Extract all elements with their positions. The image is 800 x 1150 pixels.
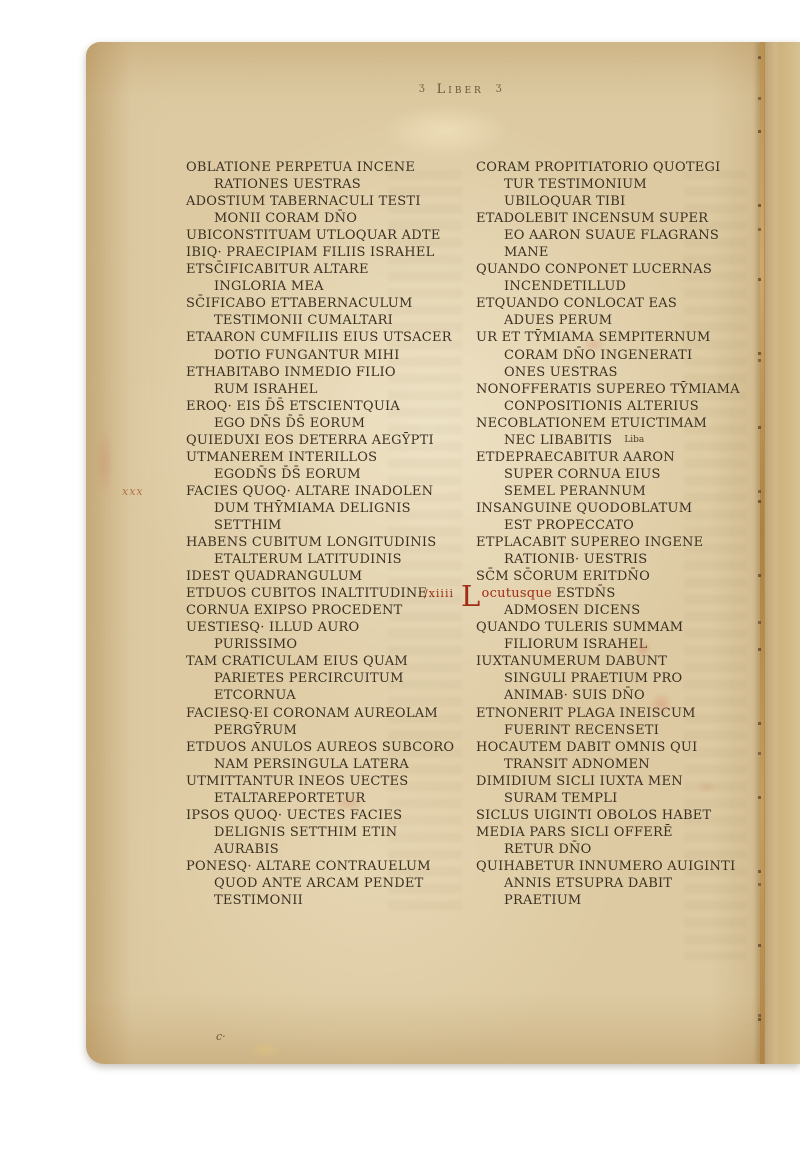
text-line: SUPER CORNUA EIUS (476, 466, 778, 483)
text-line: ONES UESTRAS (476, 364, 778, 381)
text-line: UTMITTANTUR INEOS UECTES (186, 773, 468, 790)
stain (581, 337, 607, 353)
text-line: ADMOSEN DICENS (476, 602, 778, 619)
text-line: MEDIA PARS SICLI OFFERĒ (476, 824, 778, 841)
text-line: EGO DN̄S D̄S̄ EORUM (186, 415, 468, 432)
text-line: ETDUOS ANULOS AUREOS SUBCORO (186, 739, 468, 756)
gloss-liba: Liba (624, 435, 644, 445)
text-line: HOCAUTEM DABIT OMNIS QUI (476, 739, 778, 756)
text-line: PARIETES PERCIRCUITUM (186, 670, 468, 687)
stain (696, 780, 718, 794)
text-line: DIMIDIUM SICLI IUXTA MEN (476, 773, 778, 790)
header-flourish-right-icon: ʒ (496, 82, 502, 93)
rubric-continuation: ESTDN̄S (552, 586, 616, 601)
rubric-red-text: ocutusque (482, 586, 552, 601)
text-line: PURISSIMO (186, 636, 468, 653)
text-line: ETNONERIT PLAGA INEISCUM (476, 705, 778, 722)
text-line: UR ET TȲMIAMA SEMPITERNUM (476, 329, 778, 346)
edge-ink-specks (758, 56, 761, 1054)
text-line: CONPOSITIONIS ALTERIUS (476, 398, 778, 415)
text-line: OBLATIONE PERPETUA INCENE (186, 159, 468, 176)
text-line: NEC LIBABITISLiba (476, 432, 778, 449)
text-line: FILIORUM ISRAHEL (476, 636, 778, 653)
text-line: ADUES PERUM (476, 312, 778, 329)
text-line: SEMEL PERANNUM (476, 483, 778, 500)
text-line: MONII CORAM DN̄O (186, 210, 468, 227)
column-right: CORAM PROPITIATORIO QUOTEGITUR TESTIMONI… (476, 159, 778, 909)
text-line: SC̄IFICABO ETTABERNACULUM (186, 295, 468, 312)
text-line: ETPLACABIT SUPEREO INGENE (476, 534, 778, 551)
text-line: AURABIS (186, 841, 468, 858)
stain (248, 1042, 282, 1058)
text-line: ADOSTIUM TABERNACULI TESTI (186, 193, 468, 210)
text-line: QUANDO TULERIS SUMMAM (476, 619, 778, 636)
text-line: NAM PERSINGULA LATERA (186, 756, 468, 773)
running-title: ʒ Liber ʒ (419, 82, 569, 97)
text-line: EGODN̄S D̄S̄ EORUM (186, 466, 468, 483)
text-line: IPSOS QUOQ· UECTES FACIES (186, 807, 468, 824)
text-line: HABENS CUBITUM LONGITUDINIS (186, 534, 468, 551)
column-left: OBLATIONE PERPETUA INCENERATIONES UESTRA… (186, 159, 468, 909)
text-line: QUIEDUXI EOS DETERRA AEGȲPTI (186, 432, 468, 449)
text-line: CORNUA EXIPSO PROCEDENT (186, 602, 468, 619)
text-line: QUANDO CONPONET LUCERNAS (476, 261, 778, 278)
text-line: CORAM DN̄O INGENERATI (476, 347, 778, 364)
text-line: SURAM TEMPLI (476, 790, 778, 807)
text-line: DUM THȲMIAMA DELIGNIS (186, 500, 468, 517)
text-line: ETCORNUA (186, 687, 468, 704)
rubric-line: Locutusque ESTDN̄S (476, 585, 778, 602)
text-line: INGLORIA MEA (186, 278, 468, 295)
text-line: EROQ· EIS D̄S̄ ETSCIENTQUIA (186, 398, 468, 415)
text-line: ANIMAB· SUIS DN̄O (476, 687, 778, 704)
text-line: ETAARON CUMFILIIS EIUS UTSACER (186, 329, 468, 346)
text-line: RATIONIB· UESTRIS (476, 551, 778, 568)
text-line: UESTIESQ· ILLUD AURO (186, 619, 468, 636)
text-line: SICLUS UIGINTI OBOLOS HABET (476, 807, 778, 824)
text-line: TESTIMONII (186, 892, 468, 909)
text-line: INSANGUINE QUODOBLATUM (476, 500, 778, 517)
text-line: FUERINT RECENSETI (476, 722, 778, 739)
text-line: FACIES QUOQ· ALTARE INADOLEN (186, 483, 468, 500)
text-line: SINGULI PRAETIUM PRO (476, 670, 778, 687)
quire-mark: c· (216, 1030, 226, 1043)
manuscript-page: ʒ Liber ʒ OBLATIONE PERPETUA INCENERATIO… (86, 42, 800, 1064)
text-line: ETALTERUM LATITUDINIS (186, 551, 468, 568)
text-line: ANNIS ETSUPRA DABIT (476, 875, 778, 892)
text-line: INCENDETILLUD (476, 278, 778, 295)
text-line: SC̄M SC̄ORUM ERITDN̄O (476, 568, 778, 585)
text-line: TRANSIT ADNOMEN (476, 756, 778, 773)
text-line: IBIQ· PRAECIPIAM FILIIS ISRAHEL (186, 244, 468, 261)
text-line: ETHABITABO INMEDIO FILIO (186, 364, 468, 381)
text-line: TUR TESTIMONIUM (476, 176, 778, 193)
text-line: NONOFFERATIS SUPEREO TȲMIAMA (476, 381, 778, 398)
text-line: RUM ISRAHEL (186, 381, 468, 398)
text-line: QUOD ANTE ARCAM PENDET (186, 875, 468, 892)
text-line: EO AARON SUAUE FLAGRANS (476, 227, 778, 244)
text-line: ETQUANDO CONLOCAT EAS (476, 295, 778, 312)
text-line: ETADOLEBIT INCENSUM SUPER (476, 210, 778, 227)
header-flourish-left-icon: ʒ (419, 82, 425, 93)
chapter-number-xiiii: /xiiii (424, 587, 454, 600)
text-line: RATIONES UESTRAS (186, 176, 468, 193)
text-line: DOTIO FUNGANTUR MIHI (186, 347, 468, 364)
stain (649, 692, 673, 716)
text-line: UBICONSTITUAM UTLOQUAR ADTE (186, 227, 468, 244)
page-title: Liber (437, 82, 484, 97)
chapter-number-xxx: xxx (122, 485, 144, 498)
text-line: UBILOQUAR TIBI (476, 193, 778, 210)
text-line: UTMANEREM INTERILLOS (186, 449, 468, 466)
text-line: FACIESQ·EI CORONAM AUREOLAM (186, 705, 468, 722)
stain (94, 427, 114, 497)
text-line: ETDEPRAECABITUR AARON (476, 449, 778, 466)
text-line: EST PROPECCATO (476, 517, 778, 534)
text-line: TAM CRATICULAM EIUS QUAM (186, 653, 468, 670)
text-line: RETUR DN̄O (476, 841, 778, 858)
text-line: IDEST QUADRANGULUM (186, 568, 468, 585)
text-line: CORAM PROPITIATORIO QUOTEGI (476, 159, 778, 176)
text-line: SETTHIM (186, 517, 468, 534)
text-line: ETSC̄IFICABITUR ALTARE (186, 261, 468, 278)
stain (381, 104, 511, 158)
text-line: DELIGNIS SETTHIM ETIN (186, 824, 468, 841)
stain (634, 640, 652, 658)
underlying-leaves (764, 42, 800, 1064)
stain (332, 794, 366, 812)
text-line: IUXTANUMERUM DABUNT (476, 653, 778, 670)
text-line: PERGȲRUM (186, 722, 468, 739)
text-line: MANE (476, 244, 778, 261)
text-line: PONESQ· ALTARE CONTRAUELUM (186, 858, 468, 875)
text-line: TESTIMONII CUMALTARI (186, 312, 468, 329)
text-line: NECOBLATIONEM ETUICTIMAM (476, 415, 778, 432)
text-line: QUIHABETUR INNUMERO AUIGINTI (476, 858, 778, 875)
text-line: PRAETIUM (476, 892, 778, 909)
text-line: ETALTAREPORTETUR (186, 790, 468, 807)
